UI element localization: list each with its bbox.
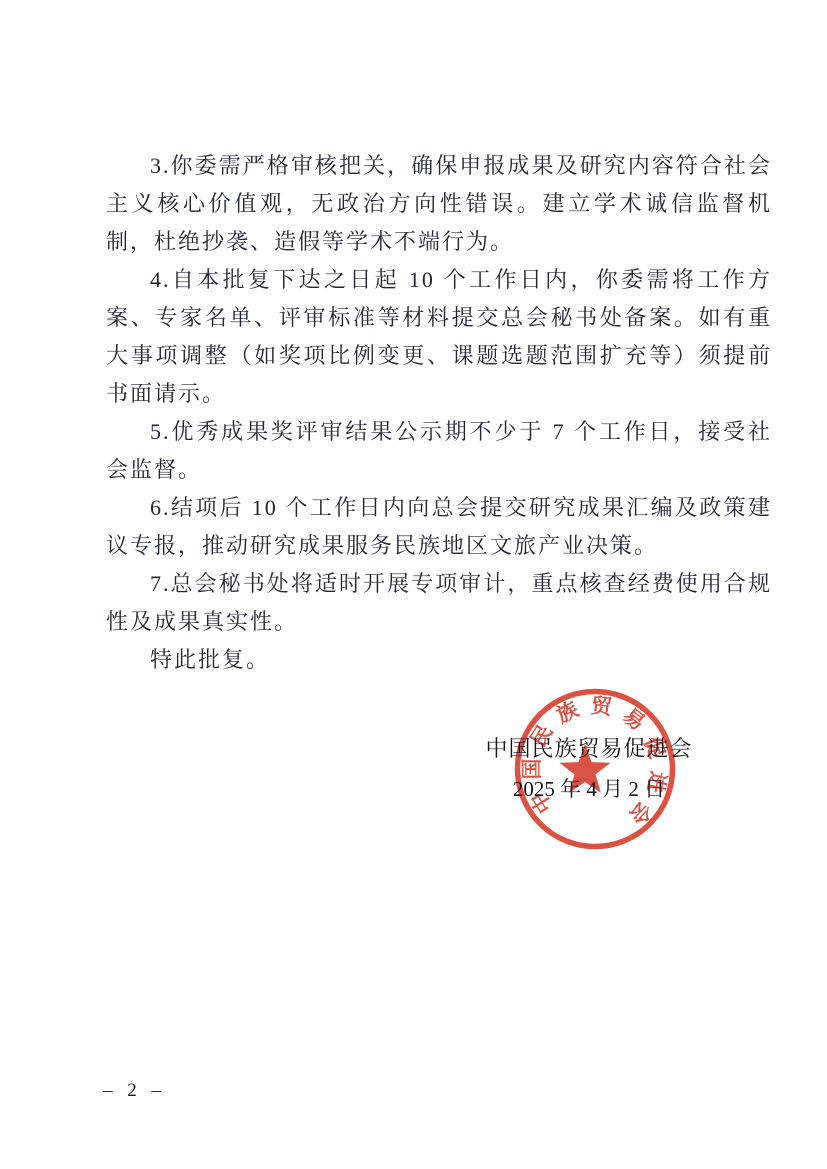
document-body: 3.你委需严格审核把关，确保申报成果及研究内容符合社会主义核心价值观，无政治方向… — [106, 147, 772, 679]
page-number: – 2 – — [103, 1080, 166, 1102]
paragraph-3: 3.你委需严格审核把关，确保申报成果及研究内容符合社会主义核心价值观，无政治方向… — [106, 147, 772, 261]
paragraph-7: 7.总会秘书处将适时开展专项审计，重点核查经费使用合规性及成果真实性。 — [106, 565, 772, 641]
paragraph-5: 5.优秀成果奖评审结果公示期不少于 7 个工作日，接受社会监督。 — [106, 413, 772, 489]
seal-ring-char: 贸 — [590, 693, 614, 719]
paragraph-4: 4.自本批复下达之日起 10 个工作日内，你委需将工作方案、专家名单、评审标准等… — [106, 261, 772, 413]
closing-line: 特此批复。 — [106, 641, 772, 679]
paragraph-6: 6.结项后 10 个工作日内向总会提交研究成果汇编及政策建议专报，推动研究成果服… — [106, 489, 772, 565]
signature-block: 中国民族贸易促进会 2025 年 4 月 2 日 — [428, 729, 750, 809]
document-page: 3.你委需严格审核把关，确保申报成果及研究内容符合社会主义核心价值观，无政治方向… — [0, 0, 827, 1169]
signature-date: 2025 年 4 月 2 日 — [428, 769, 750, 809]
signature-org: 中国民族贸易促进会 — [428, 729, 750, 769]
